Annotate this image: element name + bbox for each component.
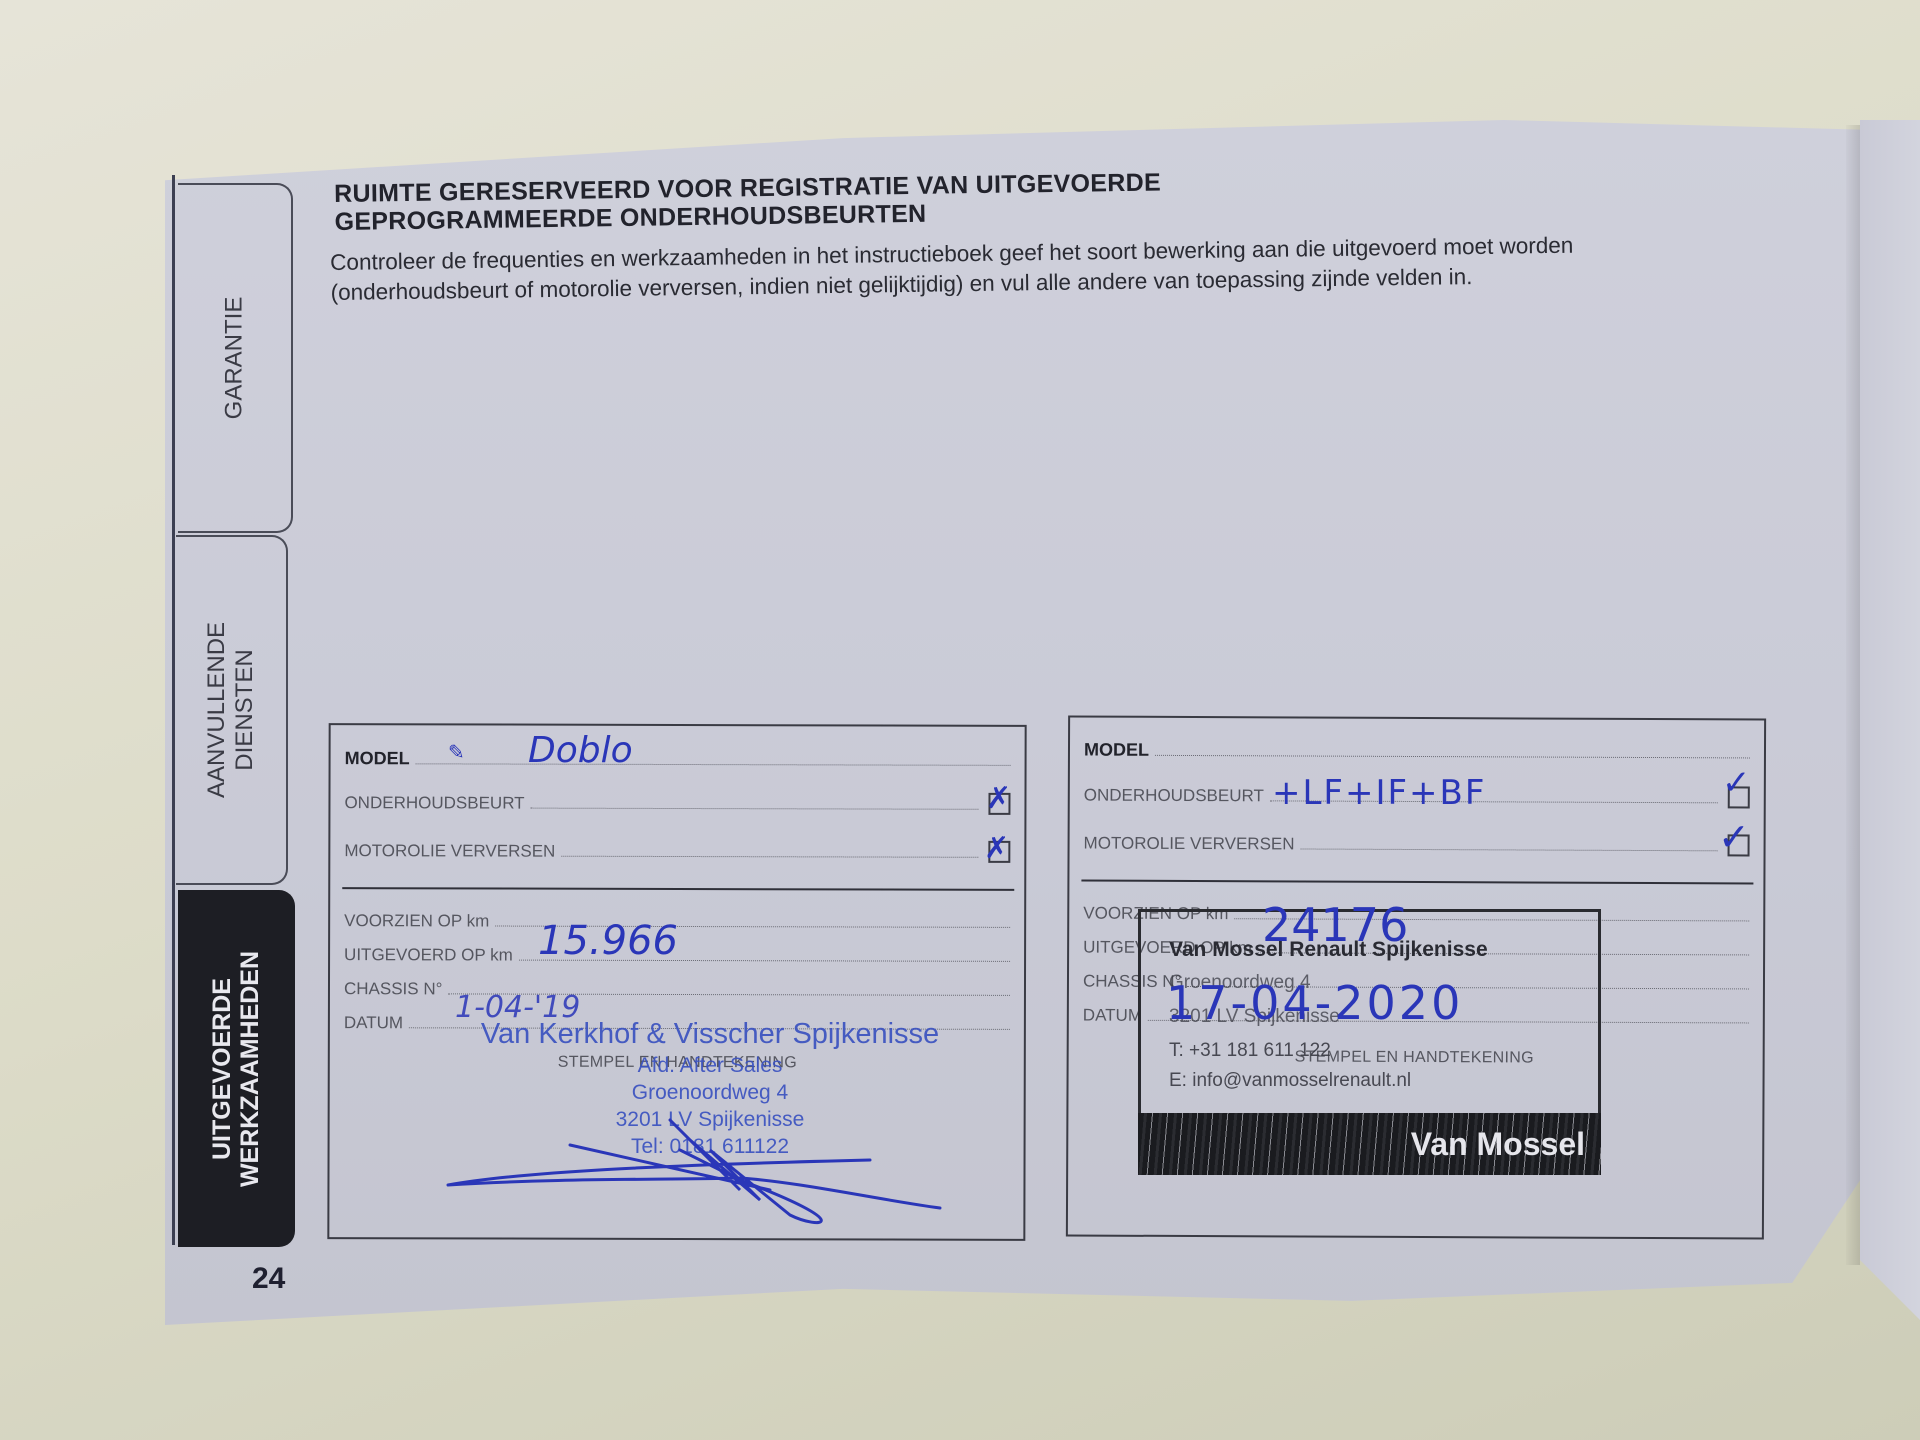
page-edge (172, 175, 175, 1245)
model-handwritten: Doblo (528, 730, 633, 771)
motorolie-check-mark: ✓ (1718, 818, 1750, 856)
onderhoudsbeurt-note-handwritten: +LF+IF+BF (1272, 773, 1486, 813)
voorzien-label: VOORZIEN OP km (344, 911, 495, 931)
signature (440, 1090, 960, 1240)
motorolie-line (561, 856, 978, 858)
tab-label: GARANTIE (221, 297, 249, 420)
motorolie-field[interactable]: MOTOROLIE VERVERSEN (1084, 828, 1750, 857)
model-scribble: ✎ (448, 740, 465, 764)
onderhoudsbeurt-label: ONDERHOUDSBEURT (1084, 786, 1270, 807)
model-line (416, 763, 1011, 766)
tab-label: UITGEVOERDE WERKZAAMHEDEN (209, 950, 265, 1186)
section-divider (1081, 880, 1753, 885)
onderhoudsbeurt-field[interactable]: ONDERHOUDSBEURT (344, 787, 1010, 815)
page-heading: RUIMTE GERESERVEERD VOOR REGISTRATIE VAN… (334, 168, 1162, 236)
uitgevoerd-label: UITGEVOERD OP km (344, 945, 519, 965)
model-field[interactable]: MODEL (345, 743, 1011, 771)
stamp-brand-band: Van Mossel (1138, 1113, 1601, 1175)
page-number: 24 (252, 1262, 285, 1296)
onderhoudsbeurt-line (531, 808, 979, 810)
datum-handwritten: 17-04-2020 (1166, 976, 1463, 1030)
stamp-phone: T: +31 181 611 122 (1169, 1040, 1331, 1062)
stamp-email: E: info@vanmosselrenault.nl (1169, 1070, 1411, 1092)
motorolie-label: MOTOROLIE VERVERSEN (1084, 834, 1301, 855)
tab-aanvullende-diensten[interactable]: AANVULLENDE DIENSTEN (176, 535, 288, 885)
motorolie-line (1301, 848, 1718, 851)
stamp-company: Van Kerkhof & Visscher Spijkenisse (470, 1017, 950, 1051)
stamp-dept: Afd. After Sales (470, 1053, 950, 1079)
onderhoudsbeurt-label: ONDERHOUDSBEURT (344, 793, 530, 813)
motorolie-field[interactable]: MOTOROLIE VERVERSEN (344, 835, 1010, 863)
motorolie-check-mark: ✗ (984, 834, 1009, 864)
tab-label: AANVULLENDE DIENSTEN (203, 622, 259, 798)
motorolie-label: MOTOROLIE VERVERSEN (344, 841, 561, 862)
section-divider (342, 887, 1014, 891)
model-label: MODEL (1084, 740, 1155, 761)
model-line (1155, 755, 1750, 759)
stamp-brand: Van Mossel (1411, 1126, 1585, 1163)
chassis-label: CHASSIS N° (344, 979, 448, 999)
datum-label: DATUM (344, 1013, 409, 1033)
model-field[interactable]: MODEL (1084, 735, 1750, 764)
chassis-field[interactable]: CHASSIS N° (344, 973, 1010, 1001)
tab-garantie[interactable]: GARANTIE (178, 183, 293, 533)
tab-uitgevoerde-werkzaamheden[interactable]: UITGEVOERDE WERKZAAMHEDEN (178, 890, 295, 1247)
model-label: MODEL (345, 748, 416, 769)
onderhoudsbeurt-check-mark: ✓ (1722, 766, 1751, 800)
uitgevoerd-km-handwritten: 24176 (1262, 898, 1408, 952)
onderhoudsbeurt-check-mark: ✗ (986, 784, 1011, 814)
uitgevoerd-km-handwritten: 15.966 (538, 918, 678, 964)
booklet-next-page (1860, 120, 1920, 1320)
booklet-spine (1846, 125, 1860, 1265)
